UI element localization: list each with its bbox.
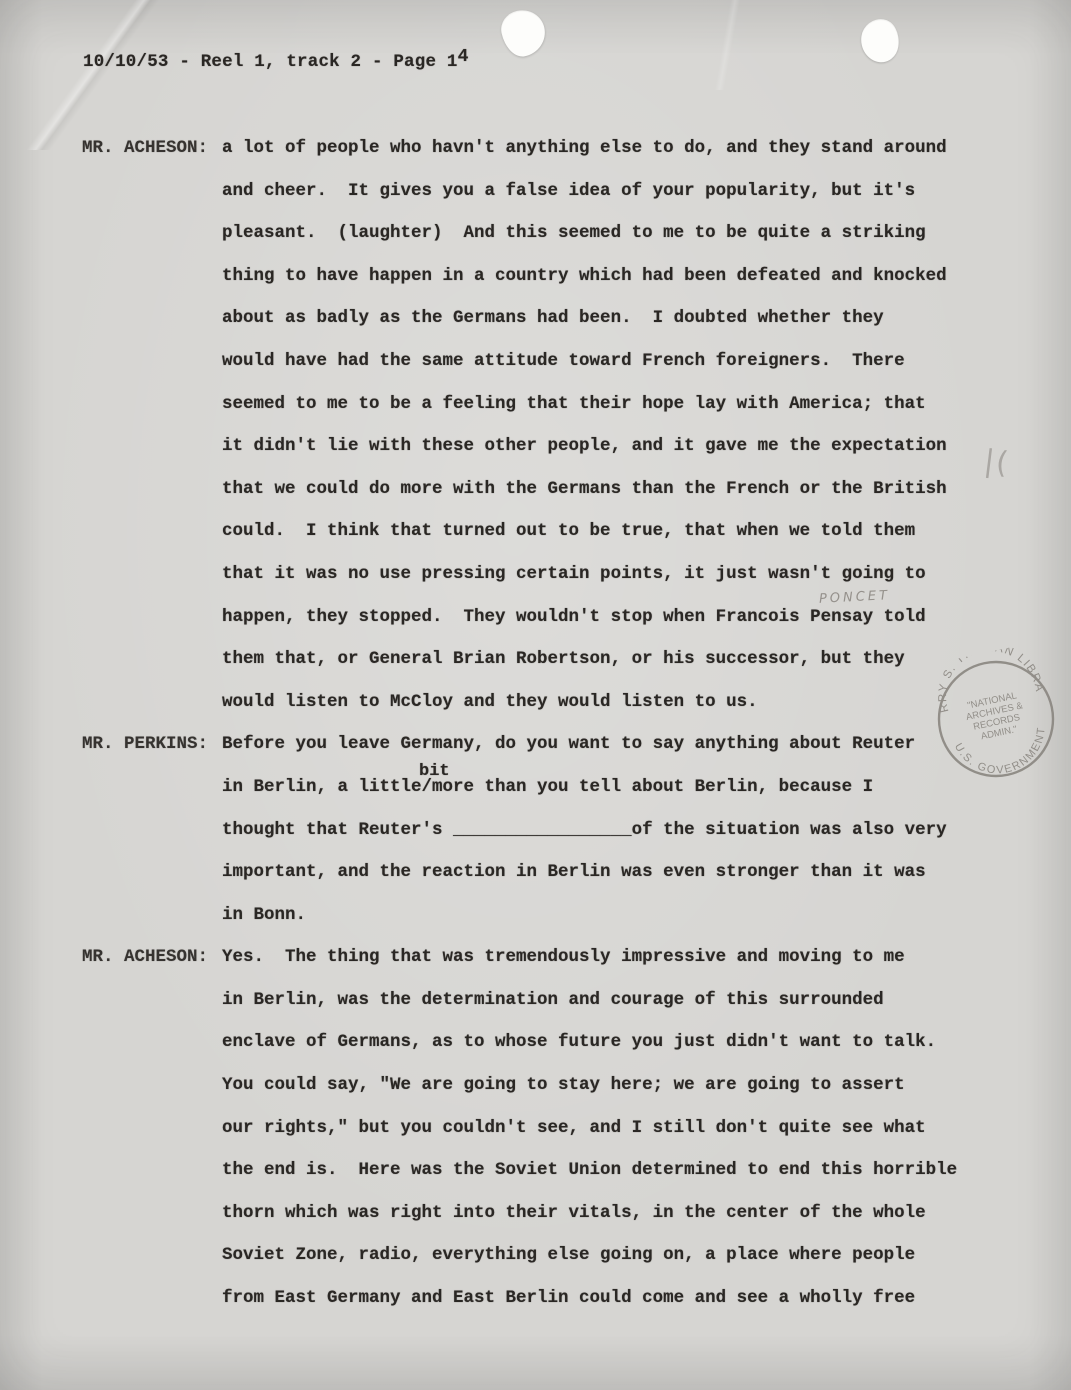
transcript-line: Before you leave Germany, do you want to… xyxy=(222,723,982,766)
transcript-line: would have had the same attitude toward … xyxy=(222,340,982,383)
speaker-label: MR. ACHESON: xyxy=(82,127,222,170)
transcript-line: seemed to me to be a feeling that their … xyxy=(222,383,982,426)
speaker-label: MR. PERKINS: xyxy=(82,723,222,766)
transcript-turn: MR. PERKINS:Before you leave Germany, do… xyxy=(82,723,982,936)
page-number-suffix: 4 xyxy=(458,47,469,67)
transcript-line: in Berlin, was the determination and cou… xyxy=(222,979,982,1022)
transcript-line: in Bonn. xyxy=(222,894,982,937)
transcript-line: would listen to McCloy and they would li… xyxy=(222,681,982,724)
transcript-line: a lot of people who havn't anything else… xyxy=(222,127,982,170)
typed-insert-annotation: bit xyxy=(419,762,450,781)
transcript-line: could. I think that turned out to be tru… xyxy=(222,510,982,553)
transcript-line: and cheer. It gives you a false idea of … xyxy=(222,170,982,213)
transcript-line: in Berlin, a little/more than you tell a… xyxy=(222,766,982,809)
transcript: MR. ACHESON:a lot of people who havn't a… xyxy=(82,127,982,1320)
transcript-line: thought that Reuter's _________________o… xyxy=(222,809,982,852)
transcript-line: that we could do more with the Germans t… xyxy=(222,468,982,511)
turn-lines: Yes. The thing that was tremendously imp… xyxy=(222,936,982,1319)
transcript-line: enclave of Germans, as to whose future y… xyxy=(222,1021,982,1064)
scanned-page: 10/10/53 - Reel 1, track 2 - Page 14 MR.… xyxy=(0,0,1071,1390)
transcript-turn: MR. ACHESON:Yes. The thing that was trem… xyxy=(82,936,982,1319)
transcript-turn: MR. ACHESON:a lot of people who havn't a… xyxy=(82,127,982,723)
transcript-line: our rights," but you couldn't see, and I… xyxy=(222,1107,982,1150)
transcript-line: them that, or General Brian Robertson, o… xyxy=(222,638,982,681)
header-text: 10/10/53 - Reel 1, track 2 - Page 1 xyxy=(83,52,458,72)
transcript-line: the end is. Here was the Soviet Union de… xyxy=(222,1149,982,1192)
page-header: 10/10/53 - Reel 1, track 2 - Page 14 xyxy=(83,52,469,72)
paper-crease xyxy=(620,0,840,90)
punch-hole-left xyxy=(498,6,550,60)
transcript-line: thorn which was right into their vitals,… xyxy=(222,1192,982,1235)
transcript-line: important, and the reaction in Berlin wa… xyxy=(222,851,982,894)
transcript-line: Yes. The thing that was tremendously imp… xyxy=(222,936,982,979)
punch-hole-right xyxy=(858,17,902,65)
turn-lines: a lot of people who havn't anything else… xyxy=(222,127,982,723)
transcript-line: Soviet Zone, radio, everything else goin… xyxy=(222,1234,982,1277)
turn-lines: Before you leave Germany, do you want to… xyxy=(222,723,982,936)
archive-stamp: HARRY S. TRUMAN LIBRARY U.S. GOVERNMENT … xyxy=(918,640,1071,798)
speaker-label: MR. ACHESON: xyxy=(82,936,222,979)
transcript-line: pleasant. (laughter) And this seemed to … xyxy=(222,212,982,255)
transcript-line: You could say, "We are going to stay her… xyxy=(222,1064,982,1107)
pencil-margin-mark: |( xyxy=(982,444,1012,482)
archive-stamp-graphic: HARRY S. TRUMAN LIBRARY U.S. GOVERNMENT … xyxy=(918,640,1071,798)
transcript-line: from East Germany and East Berlin could … xyxy=(222,1277,982,1320)
transcript-line: about as badly as the Germans had been. … xyxy=(222,297,982,340)
transcript-line: thing to have happen in a country which … xyxy=(222,255,982,298)
transcript-line: it didn't lie with these other people, a… xyxy=(222,425,982,468)
